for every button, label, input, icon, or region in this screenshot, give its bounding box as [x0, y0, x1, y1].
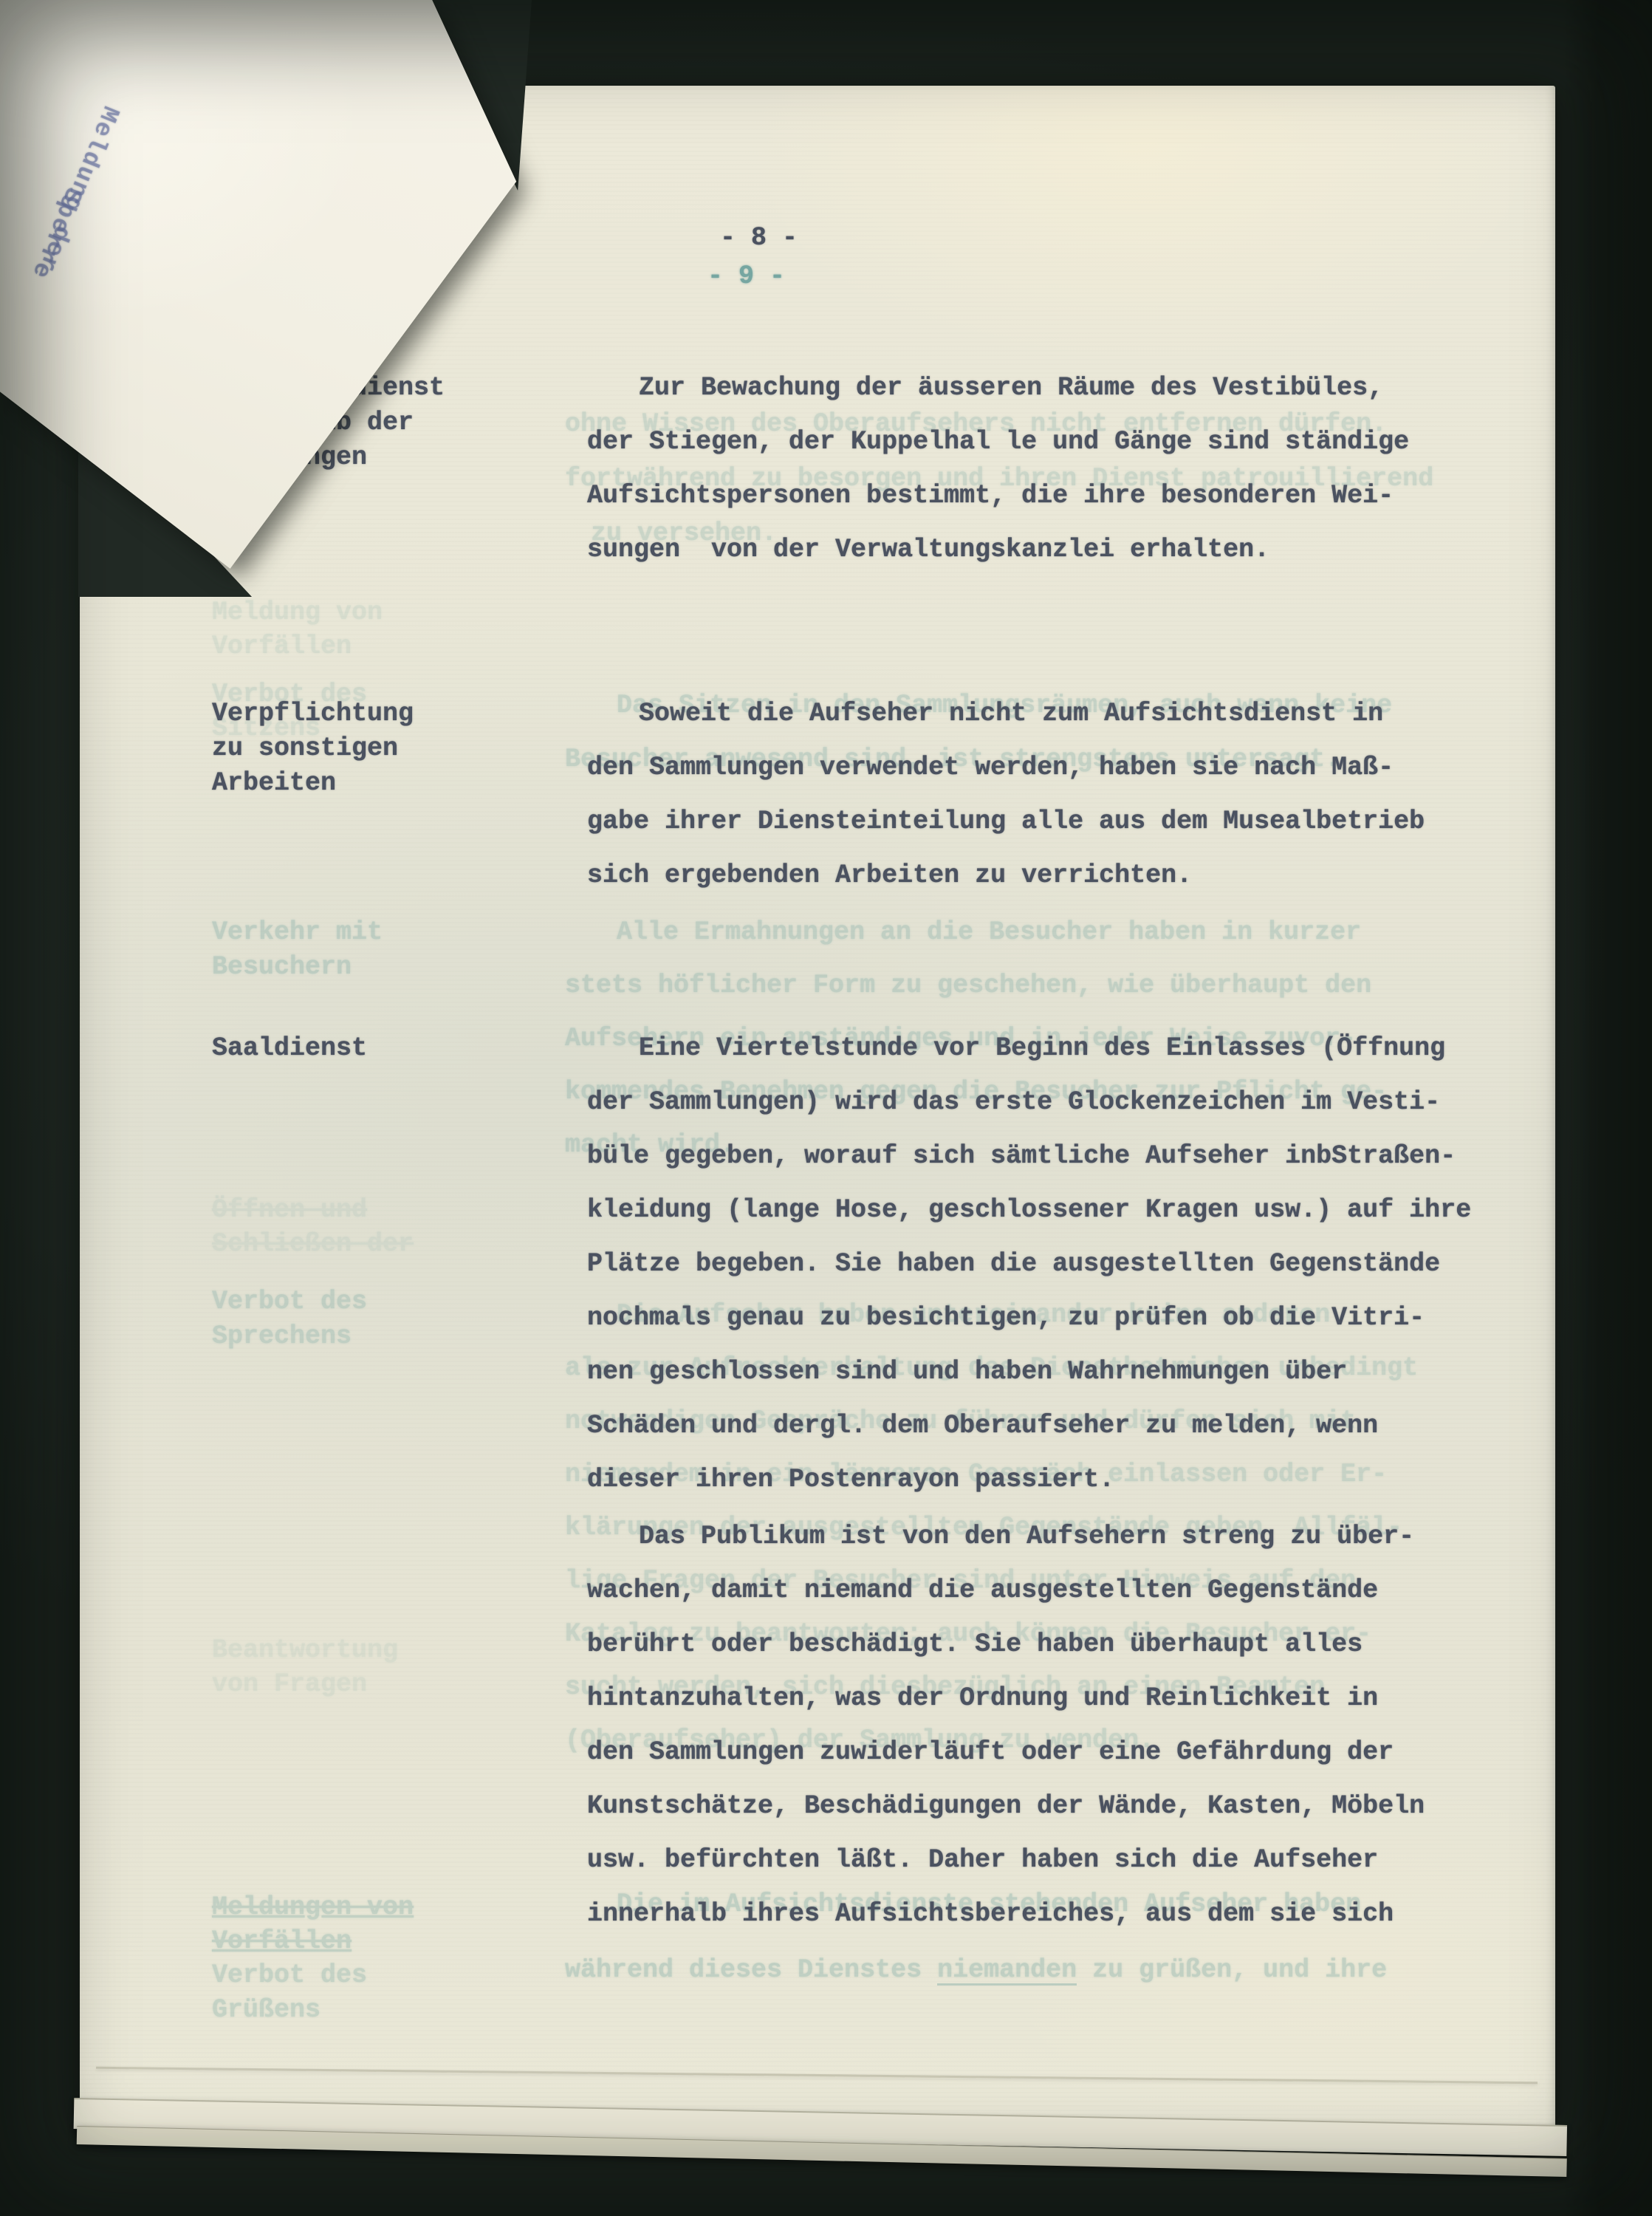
ghost-margin-note-line: Verkehr mit — [212, 916, 383, 948]
margin-note-line: außerhalb der — [212, 406, 414, 439]
typed-text-line: innerhalb ihres Aufsichtsbereiches, aus … — [587, 1898, 1394, 1930]
typed-text-line: Das Publikum ist von den Aufsehern stren… — [639, 1520, 1414, 1553]
margin-note-line: Saaldienst — [212, 1032, 367, 1064]
typed-text-line: den Sammlungen verwendet werden, haben s… — [587, 751, 1394, 784]
typed-text-line: nochmals genau zu besichtigen, zu prüfen… — [587, 1302, 1425, 1334]
ghost-margin-note-line: Vorfällen — [212, 1925, 352, 1957]
margin-note-line: Verpflichtung — [212, 697, 414, 730]
ghost-underline — [937, 1983, 1077, 1986]
typed-text-line: Soweit die Aufseher nicht zum Aufsichtsd… — [639, 697, 1383, 730]
margin-note-line: Arbeiten — [212, 767, 336, 799]
ghost-margin-note-line: Meldung von — [212, 596, 383, 629]
typed-text-line: sich ergebenden Arbeiten zu verrichten. — [587, 859, 1192, 892]
typed-text-line: der Sammlungen) wird das erste Glockenze… — [587, 1086, 1440, 1118]
ghost-margin-note-line: Schließen der — [212, 1228, 414, 1260]
typed-text-line: gabe ihrer Diensteinteilung alle aus dem… — [587, 805, 1425, 838]
ghost-margin-note-line: Meldungen von — [212, 1891, 414, 1923]
typed-text-line: Schäden und dergl. dem Oberaufseher zu m… — [587, 1409, 1378, 1442]
typed-text-line: wachen, damit niemand die ausgestellten … — [587, 1574, 1378, 1607]
ghost-text-line: stets höflicher Form zu geschehen, wie ü… — [565, 969, 1371, 1002]
ghost-margin-note-line: Verbot des — [212, 1959, 367, 1991]
typed-text-line: usw. befürchten läßt. Daher haben sich d… — [587, 1844, 1378, 1876]
ghost-margin-note-line: Besuchern — [212, 951, 352, 983]
ghost-margin-note-line: Beantwortung — [212, 1634, 398, 1666]
typed-text-line: hintanzuhalten, was der Ordnung und Rein… — [587, 1682, 1378, 1714]
ghost-margin-note-line: Öffnen und — [212, 1194, 367, 1226]
ghost-margin-note-line: von Fragen — [212, 1668, 367, 1700]
ghost-margin-note-line: Vorfällen — [212, 630, 352, 663]
page-number: - 8 - — [720, 222, 798, 254]
margin-note-line: zu sonstigen — [212, 732, 398, 765]
ghost-margin-note-line: Sprechens — [212, 1320, 352, 1352]
typed-text-line: Zur Bewachung der äusseren Räume des Ves… — [639, 372, 1383, 404]
typed-text-line: Kunstschätze, Beschädigungen der Wände, … — [587, 1790, 1425, 1822]
typed-text-line: büle gegeben, worauf sich sämtliche Aufs… — [587, 1140, 1456, 1172]
typed-text-line: nen geschlossen sind und haben Wahrnehmu… — [587, 1355, 1347, 1388]
margin-note-line: Aufsichtsdienst — [212, 372, 445, 404]
typed-text-line: den Sammlungen zuwiderläuft oder eine Ge… — [587, 1736, 1394, 1768]
scanned-document-photo: - 9 - - 8 - ohne Wissen des Oberaufseher… — [0, 0, 1652, 2216]
ghost-page-number: - 9 - — [707, 260, 785, 293]
ghost-margin-note-line: Grüßens — [212, 1994, 321, 2026]
typed-text-line: berührt oder beschädigt. Sie haben überh… — [587, 1628, 1363, 1661]
margin-note-line: Sammlungen — [212, 441, 367, 473]
typed-text-line: Eine Viertelstunde vor Beginn des Einlas… — [639, 1032, 1445, 1064]
ghost-text-line: während dieses Dienstes niemanden zu grü… — [565, 1954, 1387, 1986]
ghost-margin-note-line: Verbot des — [212, 1285, 367, 1318]
typed-text-line: Plätze begeben. Sie haben die ausgestell… — [587, 1248, 1440, 1280]
typed-text-line: der Stiegen, der Kuppelhal le und Gänge … — [587, 425, 1409, 458]
ghost-text-line: Alle Ermahnungen an die Besucher haben i… — [617, 916, 1361, 948]
typed-text-line: dieser ihren Postenrayon passiert. — [587, 1463, 1114, 1496]
typed-text-line: sungen von der Verwaltungskanzlei erhalt… — [587, 533, 1269, 566]
typed-text-line: Aufsichtspersonen bestimmt, die ihre bes… — [587, 479, 1394, 512]
page-text-layer: - 9 - - 8 - ohne Wissen des Oberaufseher… — [0, 0, 1652, 2216]
typed-text-line: kleidung (lange Hose, geschlossener Krag… — [587, 1194, 1471, 1226]
